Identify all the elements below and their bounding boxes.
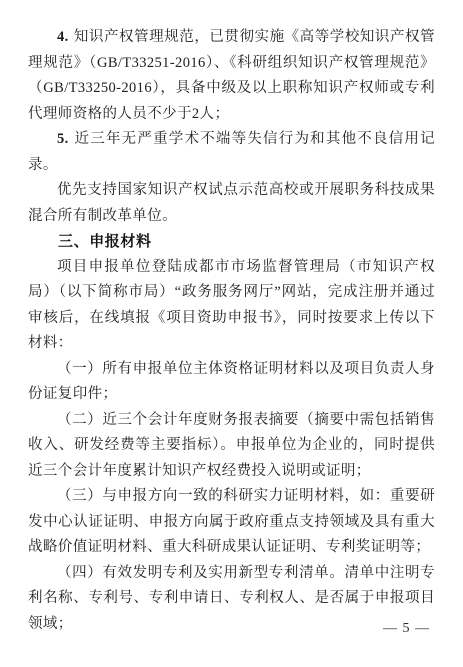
para-material-1: （一）所有申报单位主体资格证明材料以及项目负责人身份证复印件；: [28, 357, 435, 408]
item-number: 5.: [57, 131, 69, 147]
para-text: （一）所有申报单位主体资格证明材料以及项目负责人身份证复印件；: [28, 361, 435, 403]
para-text: 知识产权管理规范，已贯彻实施《高等学校知识产权管理规范》（GB/T33251-2…: [28, 29, 435, 122]
page-number: — 5 —: [383, 620, 430, 638]
para-requirement-5: 5.近三年无严重学术不端等失信行为和其他不良信用记录。: [28, 127, 435, 178]
para-priority-support: 优先支持国家知识产权试点示范高校或开展职务科技成果混合所有制改革单位。: [28, 178, 435, 229]
item-number: 4.: [57, 29, 69, 45]
para-requirement-4: 4.知识产权管理规范，已贯彻实施《高等学校知识产权管理规范》（GB/T33251…: [28, 25, 435, 127]
para-text: 优先支持国家知识产权试点示范高校或开展职务科技成果混合所有制改革单位。: [28, 182, 435, 224]
heading-application-materials: 三、申报材料: [28, 229, 435, 255]
document-page: 4.知识产权管理规范，已贯彻实施《高等学校知识产权管理规范》（GB/T33251…: [0, 0, 463, 667]
para-portal-instructions: 项目申报单位登陆成都市市场监督管理局（市知识产权局）（以下简称市局）“政务服务网…: [28, 255, 435, 357]
para-material-2: （二）近三个会计年度财务报表摘要（摘要中需包括销售收入、研发经费等主要指标）。申…: [28, 408, 435, 485]
para-material-3: （三）与申报方向一致的科研实力证明材料，如：重要研发中心认证证明、申报方向属于政…: [28, 484, 435, 561]
para-text: 近三年无严重学术不端等失信行为和其他不良信用记录。: [28, 131, 435, 173]
para-material-4: （四）有效发明专利及实用新型专利清单。清单中注明专利名称、专利号、专利申请日、专…: [28, 561, 435, 638]
para-text: （三）与申报方向一致的科研实力证明材料，如：重要研发中心认证证明、申报方向属于政…: [28, 488, 435, 555]
document-body: 4.知识产权管理规范，已贯彻实施《高等学校知识产权管理规范》（GB/T33251…: [28, 25, 435, 637]
para-text: （四）有效发明专利及实用新型专利清单。清单中注明专利名称、专利号、专利申请日、专…: [28, 565, 435, 632]
para-text: （二）近三个会计年度财务报表摘要（摘要中需包括销售收入、研发经费等主要指标）。申…: [28, 412, 435, 479]
para-text: 项目申报单位登陆成都市市场监督管理局（市知识产权局）（以下简称市局）“政务服务网…: [28, 259, 435, 352]
